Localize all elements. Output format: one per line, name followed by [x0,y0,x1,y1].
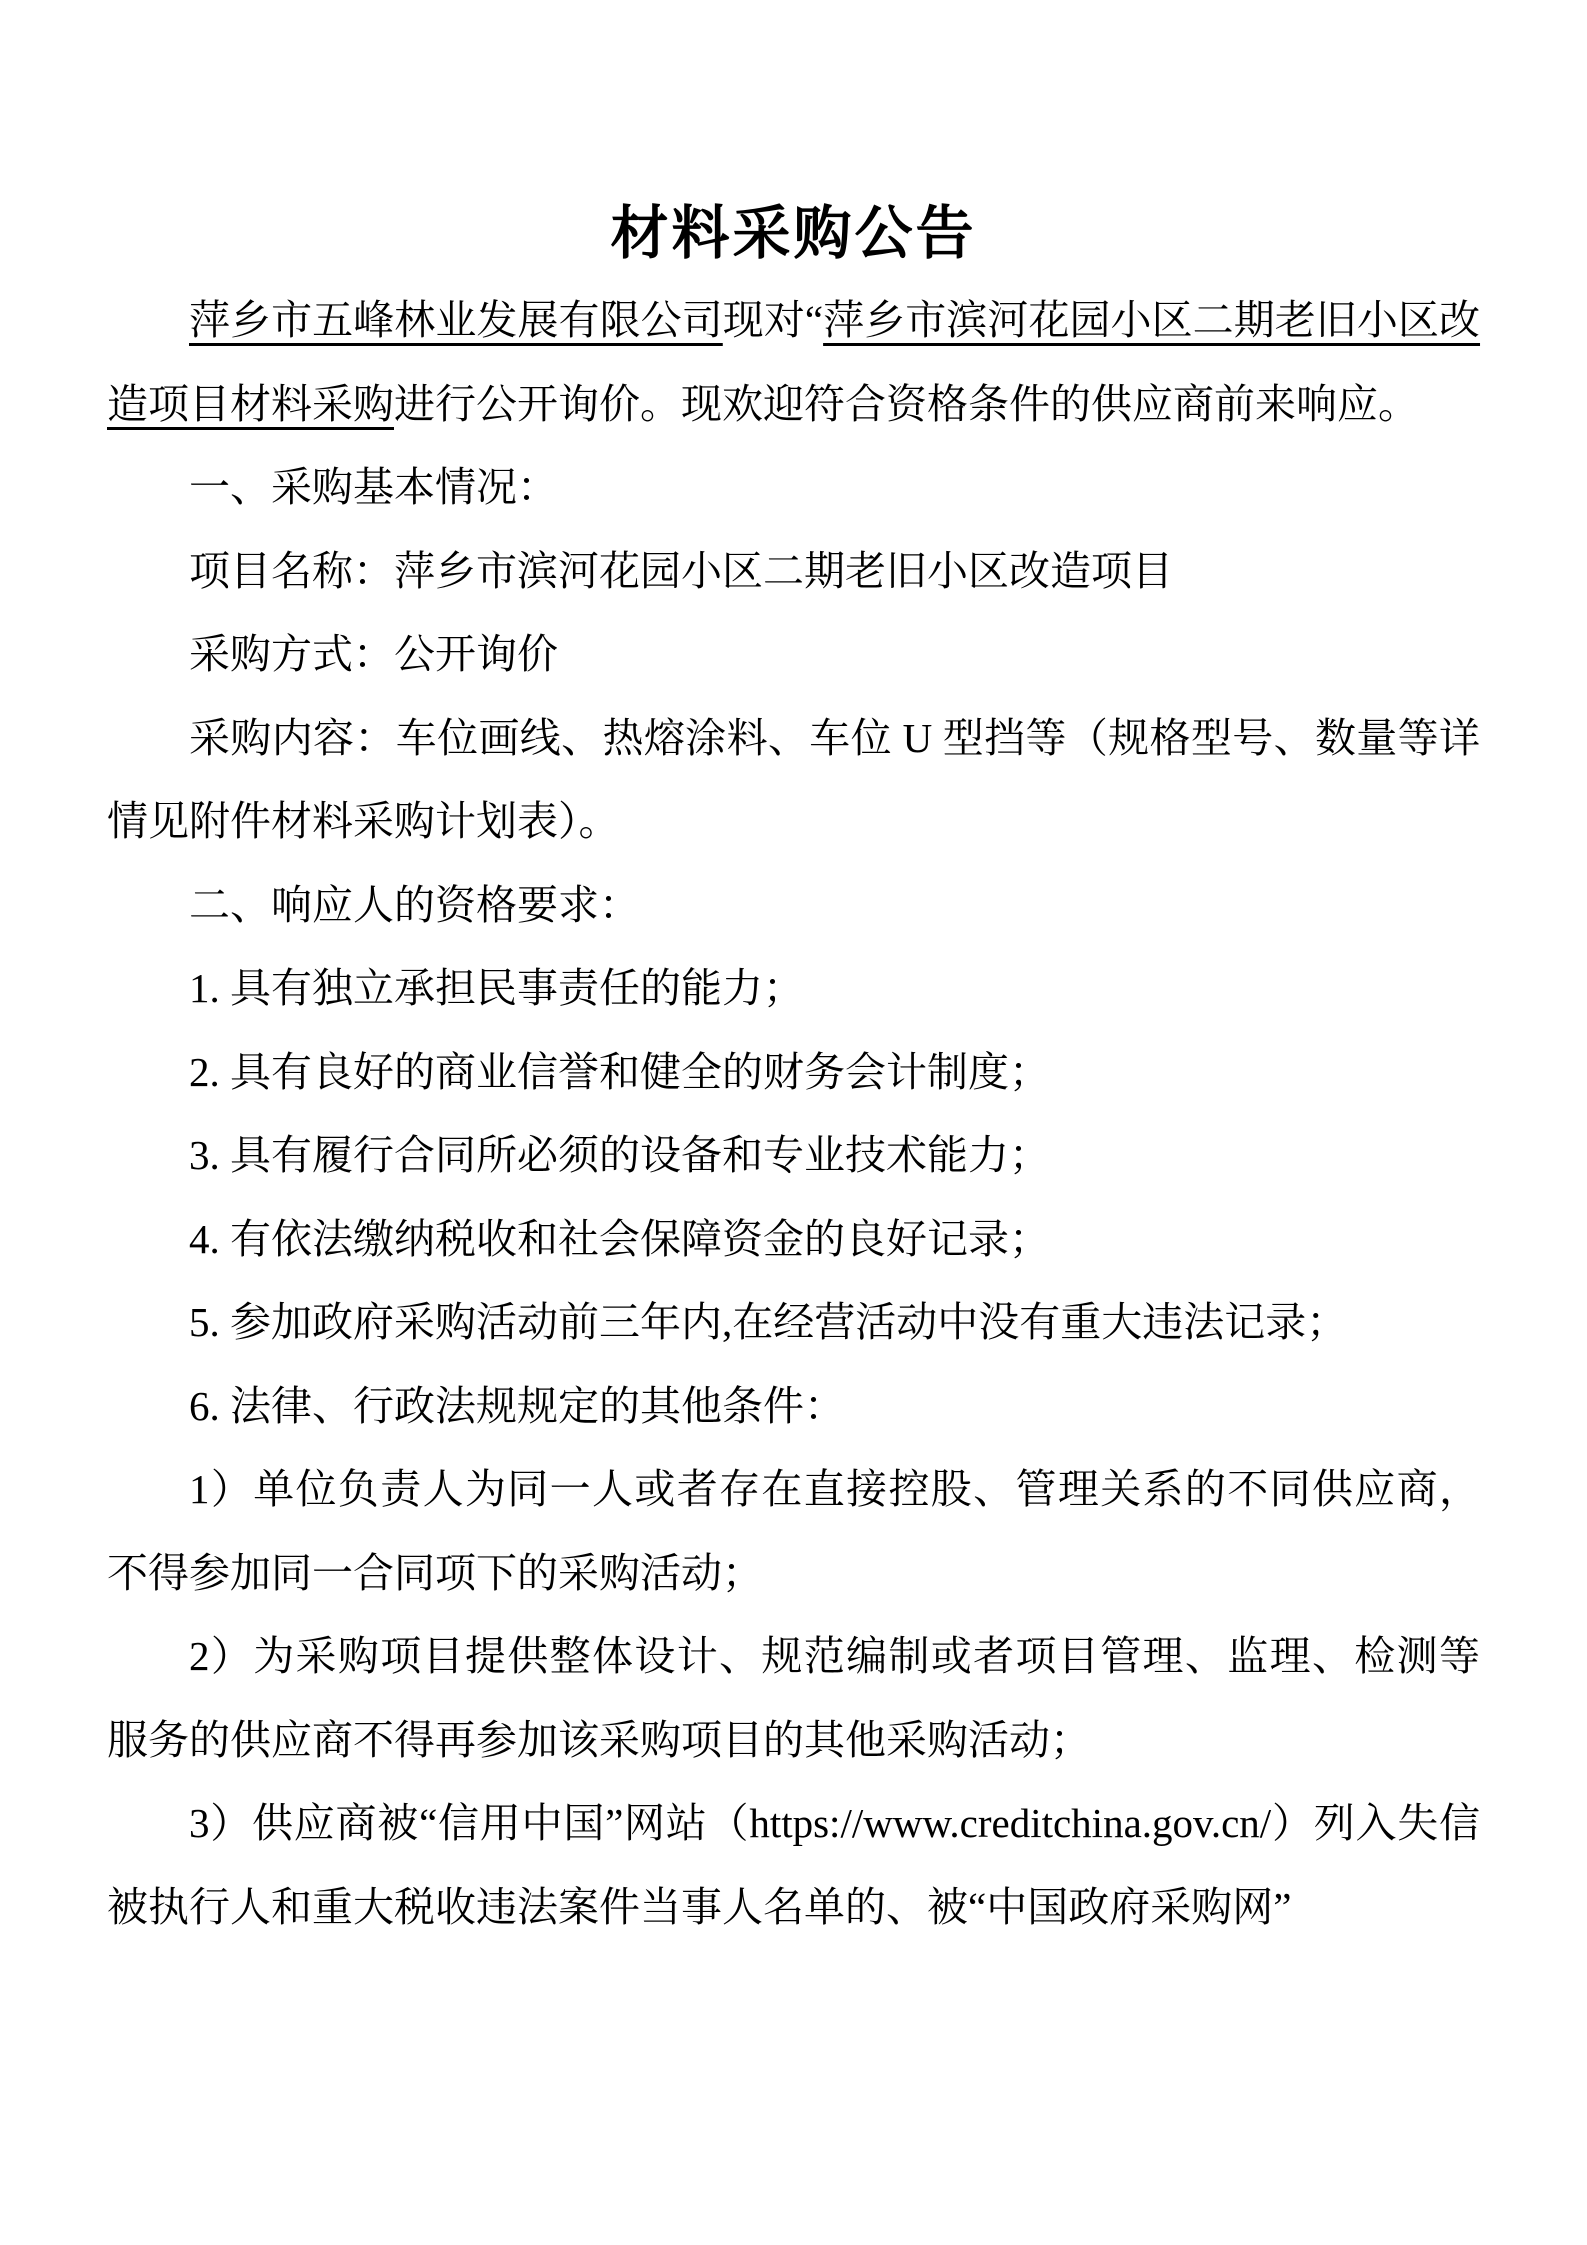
paragraph-project-name: 项目名称：萍乡市滨河花园小区二期老旧小区改造项目 [107,530,1480,614]
paragraph-requirement-4: 4. 有依法缴纳税收和社会保障资金的良好记录； [107,1198,1480,1282]
text-segment: 3）供应商被“信用中国”网站（https://www.creditchina.g… [107,1800,1480,1930]
document-title: 材料采购公告 [107,203,1480,265]
text-segment: 二、响应人的资格要求： [189,882,640,928]
text-segment: 6. 法律、行政法规规定的其他条件： [189,1383,845,1429]
text-segment: 采购方式：公开询价 [189,631,558,677]
paragraph-condition-3: 3）供应商被“信用中国”网站（https://www.creditchina.g… [107,1782,1480,1949]
paragraph-section-1-heading: 一、采购基本情况： [107,446,1480,530]
paragraph-intro: 萍乡市五峰林业发展有限公司现对“萍乡市滨河花园小区二期老旧小区改造项目材料采购进… [107,279,1480,446]
text-segment: 2. 具有良好的商业信誉和健全的财务会计制度； [189,1049,1050,1095]
text-segment: 5. 参加政府采购活动前三年内,在经营活动中没有重大违法记录； [189,1299,1347,1345]
text-segment: 采购内容：车位画线、热熔涂料、车位 U 型挡等（规格型号、数量等详情见附件材料采… [107,715,1480,845]
text-segment: 2）为采购项目提供整体设计、规范编制或者项目管理、监理、检测等服务的供应商不得再… [107,1633,1480,1763]
text-segment: 项目名称：萍乡市滨河花园小区二期老旧小区改造项目 [189,548,1173,594]
paragraph-requirement-3: 3. 具有履行合同所必须的设备和专业技术能力； [107,1114,1480,1198]
text-segment: 1）单位负责人为同一人或者存在直接控股、管理关系的不同供应商，不得参加同一合同项… [107,1466,1480,1596]
underlined-text: 萍乡市五峰林业发展有限公司 [189,297,723,343]
text-segment: 1. 具有独立承担民事责任的能力； [189,965,804,1011]
paragraph-requirement-2: 2. 具有良好的商业信誉和健全的财务会计制度； [107,1031,1480,1115]
text-segment: 3. 具有履行合同所必须的设备和专业技术能力； [189,1132,1050,1178]
paragraph-requirement-6: 6. 法律、行政法规规定的其他条件： [107,1365,1480,1449]
paragraph-procurement-content: 采购内容：车位画线、热熔涂料、车位 U 型挡等（规格型号、数量等详情见附件材料采… [107,697,1480,864]
document-page: 材料采购公告 萍乡市五峰林业发展有限公司现对“萍乡市滨河花园小区二期老旧小区改造… [0,0,1587,2245]
text-segment: 一、采购基本情况： [189,464,558,510]
text-segment: 进行公开询价。现欢迎符合资格条件的供应商前来响应。 [394,381,1419,427]
text-segment: 现对“ [723,297,823,343]
paragraph-condition-2: 2）为采购项目提供整体设计、规范编制或者项目管理、监理、检测等服务的供应商不得再… [107,1615,1480,1782]
text-segment: 4. 有依法缴纳税收和社会保障资金的良好记录； [189,1216,1050,1262]
paragraph-requirement-5: 5. 参加政府采购活动前三年内,在经营活动中没有重大违法记录； [107,1281,1480,1365]
document-body: 萍乡市五峰林业发展有限公司现对“萍乡市滨河花园小区二期老旧小区改造项目材料采购进… [107,279,1480,1949]
paragraph-section-2-heading: 二、响应人的资格要求： [107,864,1480,948]
paragraph-procurement-method: 采购方式：公开询价 [107,613,1480,697]
paragraph-condition-1: 1）单位负责人为同一人或者存在直接控股、管理关系的不同供应商，不得参加同一合同项… [107,1448,1480,1615]
paragraph-requirement-1: 1. 具有独立承担民事责任的能力； [107,947,1480,1031]
